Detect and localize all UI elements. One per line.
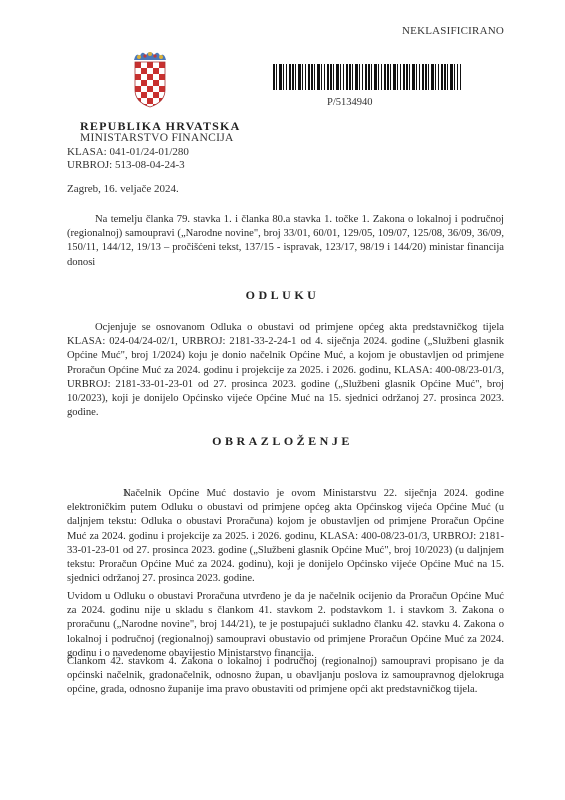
decision-paragraph: Ocjenjuje se osnovanom Odluka o obustavi… [67,321,504,420]
paragraph-number: 1. [95,487,123,501]
classification-label: NEKLASIFICIRANO [402,25,504,37]
ministry-name: MINISTARSTVO FINANCIJA [80,132,234,144]
barcode-number: P/5134940 [327,97,373,108]
paragraph-text: Načelnik Općine Muć dostavio je ovom Min… [67,488,504,584]
reasoning-paragraph-1: 1.Načelnik Općine Muć dostavio je ovom M… [67,487,504,586]
place-date: Zagreb, 16. veljače 2024. [67,183,179,195]
decision-title: ODLUKU [0,288,565,303]
reasoning-paragraph-3: Člankom 42. stavkom 4. Zakona o lokalnoj… [67,655,504,698]
urbroj-reference: URBROJ: 513-08-04-24-3 [67,159,185,171]
barcode-icon [273,64,461,90]
reasoning-paragraph-2: Uvidom u Odluku o obustavi Proračuna utv… [67,590,504,661]
klasa-reference: KLASA: 041-01/24-01/280 [67,146,189,158]
intro-paragraph: Na temelju članka 79. stavka 1. i članka… [67,213,504,270]
reasoning-title: OBRAZLOŽENJE [0,434,565,449]
croatian-coat-of-arms-icon [130,50,170,110]
